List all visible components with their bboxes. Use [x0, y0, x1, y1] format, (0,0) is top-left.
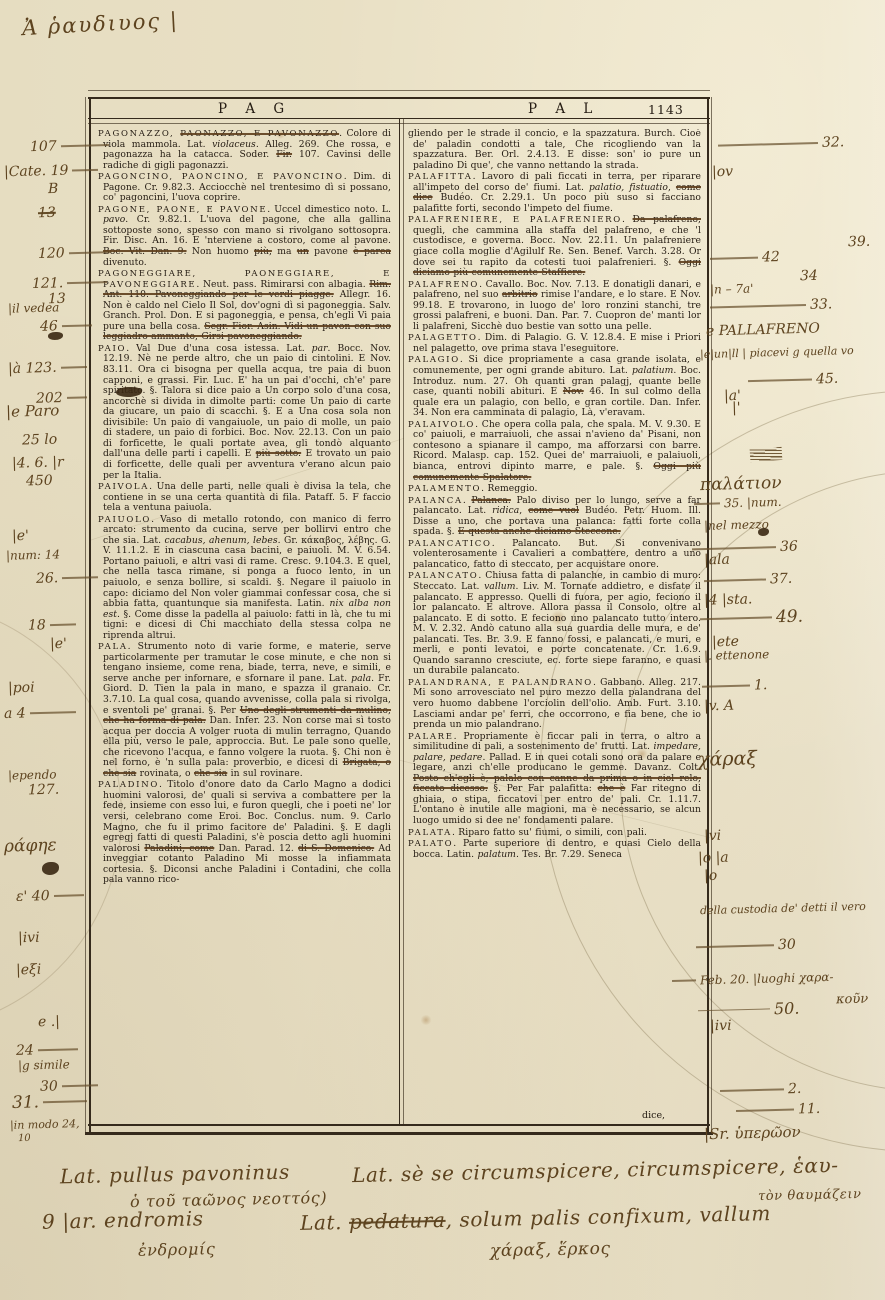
bottom-annotation-text: χάραξ, ἕρκος [490, 1239, 611, 1262]
bottom-annotation-text: Lat. [300, 1210, 349, 1235]
bottom-annotation: Lat. sè se circumspicere, circumspicere,… [352, 1153, 839, 1187]
scanned-dictionary-page: { "page": { "header_left": "P A G", "hea… [0, 0, 885, 1300]
bottom-annotation-text: , solum palis confixum, vallum [445, 1201, 771, 1232]
bottom-annotation: χάραξ, ἕρκος [490, 1239, 611, 1262]
bottom-annotations: Lat. pullus pavoninusLat. sè se circumsp… [0, 0, 885, 1300]
crossed-out-scribble [750, 447, 783, 462]
bottom-annotation-text: 9 |ar. endromis [42, 1206, 204, 1233]
bottom-annotation-text: τὸν θαυμάζειν [758, 1187, 862, 1204]
bottom-annotation: ἐνδρομίς [138, 1239, 216, 1260]
bottom-annotation-text: pedatura [349, 1208, 446, 1234]
bottom-annotation-text: ἐνδρομίς [138, 1239, 216, 1260]
bottom-annotation-text: Lat. sè se circumspicere, circumspicere,… [352, 1153, 839, 1187]
bottom-annotation: 9 |ar. endromis [42, 1206, 204, 1233]
bottom-annotation: Lat. pedatura, solum palis confixum, val… [300, 1201, 771, 1235]
bottom-annotation: τὸν θαυμάζειν [758, 1187, 862, 1204]
bottom-annotation: Lat. pullus pavoninus [60, 1160, 290, 1189]
bottom-annotation-text: Lat. pullus pavoninus [60, 1160, 290, 1189]
